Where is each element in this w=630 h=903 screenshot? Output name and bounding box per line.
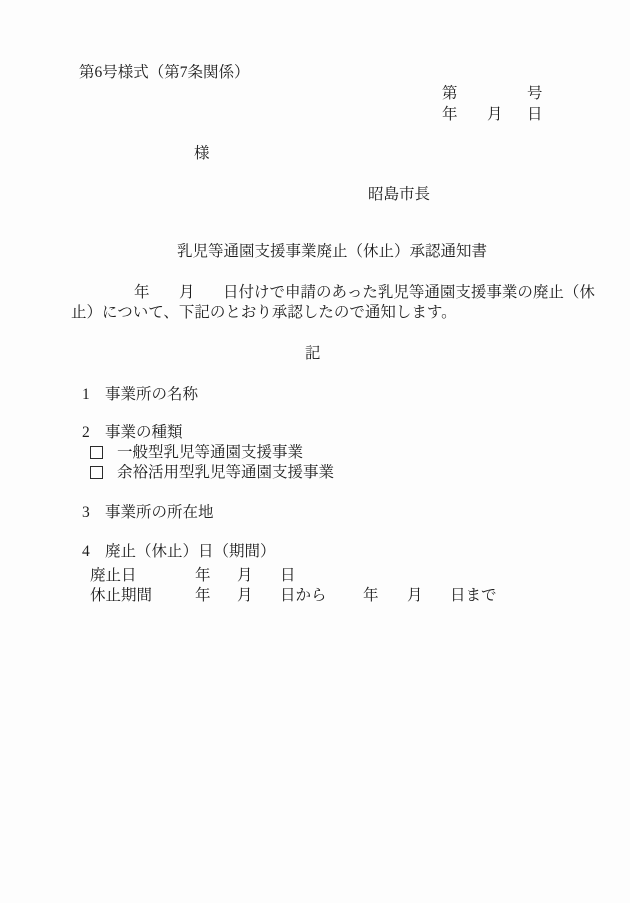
suspension-start-year-label: 年 — [195, 586, 211, 606]
business-type-label-surplus: 余裕活用型乳児等通園支援事業 — [117, 463, 334, 483]
body-line-1: 年 月 日付けで申請のあった乳児等通園支援事業の廃止（休 — [0, 283, 630, 303]
doc-number-prefix: 第 — [442, 84, 458, 104]
abolition-year-label: 年 — [195, 566, 211, 586]
item-4-label: 廃止（休止）日（期間） — [105, 542, 276, 562]
issue-date-day-label: 日 — [527, 105, 543, 125]
item-3-line: 3 事業所の所在地 — [0, 503, 630, 523]
record-marker: 記 — [305, 344, 321, 364]
item-4-number: 4 — [82, 542, 90, 562]
suspension-end-year-label: 年 — [363, 586, 379, 606]
doc-number-line: 第 号 — [0, 84, 630, 104]
body-month-label: 月 — [179, 283, 195, 303]
item-1-number: 1 — [82, 385, 90, 405]
issue-date-month-label: 月 — [487, 105, 503, 125]
item-3-label: 事業所の所在地 — [105, 503, 214, 523]
recipient-honorific: 様 — [194, 144, 210, 164]
suspension-end-day-label: 日まで — [450, 586, 497, 606]
body-line-1-text: 日付けで申請のあった乳児等通園支援事業の廃止（休 — [223, 283, 595, 303]
abolition-date-label: 廃止日 — [90, 566, 137, 586]
body-year-label: 年 — [134, 283, 150, 303]
item-1-line: 1 事業所の名称 — [0, 385, 630, 405]
checkbox-icon[interactable] — [90, 466, 103, 479]
body-line-2: 止）について、下記のとおり承認したので通知します。 — [71, 303, 457, 323]
suspension-end-month-label: 月 — [407, 586, 423, 606]
document-title: 乳児等通園支援事業廃止（休止）承認通知書 — [177, 242, 487, 262]
business-type-label-general: 一般型乳児等通園支援事業 — [117, 443, 303, 463]
abolition-date-line: 廃止日 年 月 日 — [0, 566, 630, 586]
suspension-period-label: 休止期間 — [90, 586, 152, 606]
item-2-line: 2 事業の種類 — [0, 423, 630, 443]
item-4-line: 4 廃止（休止）日（期間） — [0, 542, 630, 562]
doc-number-suffix: 号 — [527, 84, 543, 104]
checkbox-icon[interactable] — [90, 446, 103, 459]
abolition-month-label: 月 — [237, 566, 253, 586]
suspension-start-month-label: 月 — [237, 586, 253, 606]
document-page: 第6号様式（第7条関係） 第 号 年 月 日 様 昭島市長 乳児等通園支援事業廃… — [0, 0, 630, 903]
form-number: 第6号様式（第7条関係） — [79, 63, 250, 83]
sender-name: 昭島市長 — [368, 185, 430, 205]
issue-date-year-label: 年 — [442, 105, 458, 125]
abolition-day-label: 日 — [280, 566, 296, 586]
item-1-label: 事業所の名称 — [105, 385, 198, 405]
item-2-label: 事業の種類 — [105, 423, 183, 443]
suspension-period-line: 休止期間 年 月 日から 年 月 日まで — [0, 586, 630, 606]
business-type-row-surplus: 余裕活用型乳児等通園支援事業 — [0, 463, 630, 483]
business-type-row-general: 一般型乳児等通園支援事業 — [0, 443, 630, 463]
item-2-number: 2 — [82, 423, 90, 443]
suspension-start-day-label: 日から — [280, 586, 327, 606]
item-3-number: 3 — [82, 503, 90, 523]
issue-date-line: 年 月 日 — [0, 105, 630, 125]
